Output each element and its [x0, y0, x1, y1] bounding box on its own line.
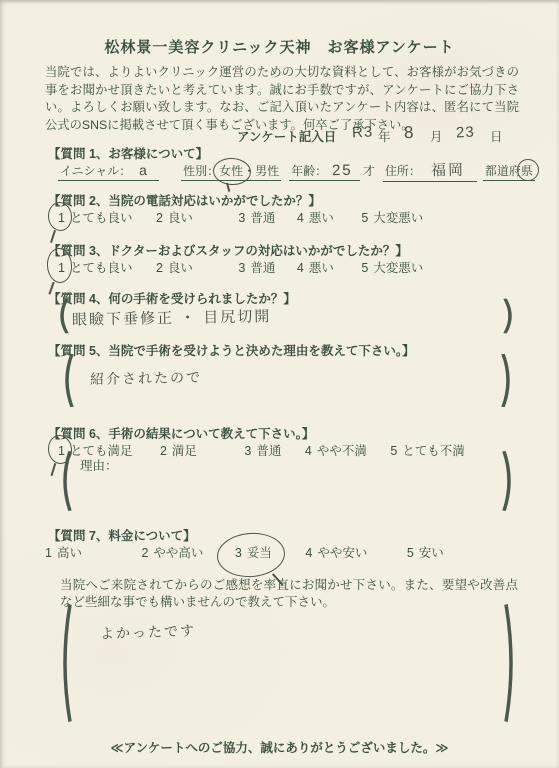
- q1-address-label: 住所：: [385, 164, 421, 178]
- q1-address-field: 住所：福岡: [383, 159, 477, 182]
- date-month-unit: 月: [430, 127, 443, 145]
- q5-answer-handwritten: 紹介されたので: [90, 367, 202, 389]
- q1-gender-label: 性別：: [183, 164, 219, 178]
- q1-prefecture-text: 都道府: [485, 164, 521, 178]
- answer-bracket-right-icon: [503, 298, 517, 334]
- q1-gender-separator: ・: [243, 164, 255, 178]
- q1-initial-field: イニシャル：a: [58, 162, 159, 181]
- q1-age-label: 年齢：: [291, 164, 327, 178]
- q7-option-1: 1高い: [45, 543, 82, 561]
- page-title: 松林景一美容クリニック天神 お客様アンケート: [0, 36, 559, 57]
- q2-options-row: 1とても良い 2良い 3普通 4悪い 5大変悪い: [58, 208, 423, 226]
- survey-page: 松林景一美容クリニック天神 お客様アンケート 当院では、よりよいクリニック運営の…: [0, 0, 559, 768]
- answer-bracket-right-icon: [504, 602, 518, 724]
- q7-option-4: 4やや安い: [305, 543, 367, 561]
- q7-option-2: 2やや高い: [141, 543, 203, 561]
- answer-bracket-right-icon: [502, 450, 516, 512]
- q1-gender-male-option: 男性: [255, 164, 279, 178]
- q7-options-row: 1高い 2やや高い 3妥当 4やや安い 5安い: [45, 543, 444, 561]
- date-year-unit: 年: [378, 127, 391, 145]
- q7-header: 【質問 7、料金について】: [48, 526, 196, 544]
- q1-prefecture-ken: 県: [521, 162, 533, 179]
- q2-header: 【質問 2、当院の電話対応はいかがでしたか？】: [48, 191, 321, 209]
- q2-option-5: 5大変悪い: [361, 208, 423, 226]
- answer-bracket-left-icon: [58, 602, 72, 724]
- q7-option-3: 3妥当: [235, 543, 272, 561]
- answer-bracket-left-icon: [58, 450, 72, 512]
- answer-bracket-left-icon: [60, 353, 74, 408]
- footer-thanks: ≪アンケートへのご協力、誠にありがとうございました。≫: [0, 738, 559, 756]
- comments-handwritten: よかったです: [100, 620, 197, 643]
- date-label: アンケート記入日: [237, 127, 336, 145]
- q1-age-handwritten: 25: [327, 162, 358, 180]
- q3-option-2: 2良い: [156, 258, 193, 276]
- q4-answer-handwritten: 眼瞼下垂修正 ・ 目尻切開: [72, 305, 272, 329]
- q1-age-unit: 才: [363, 164, 375, 178]
- q6-reason-label: 理由：: [80, 456, 118, 474]
- q1-gender-field: 性別：女性・男性: [181, 162, 281, 181]
- intro-paragraph: 当院では、よりよいクリニック運営のための大切な資料として、お客様がお気づきの事を…: [45, 64, 519, 134]
- q2-option-2: 2良い: [156, 208, 193, 226]
- q2-option-3: 3普通: [238, 208, 275, 226]
- date-day-unit: 日: [490, 127, 503, 145]
- q1-prefecture-suffix: 都道府県: [483, 162, 535, 181]
- q3-header: 【質問 3、ドクターおよびスタッフの対応はいかがでしたか？】: [48, 241, 408, 259]
- answer-bracket-right-icon: [501, 353, 515, 408]
- date-month-handwritten: 8: [403, 123, 415, 144]
- q3-option-3: 3普通: [238, 258, 275, 276]
- q1-initial-label: イニシャル：: [60, 164, 131, 178]
- comments-answer-box: [58, 602, 518, 724]
- q1-answer-row: イニシャル：a性別：女性・男性年齢：25才住所：福岡都道府県: [58, 159, 535, 182]
- q2-option-1: 1とても良い: [58, 208, 132, 226]
- q3-option-4: 4悪い: [297, 258, 334, 276]
- q6-header: 【質問 6、手術の結果について教えて下さい。】: [48, 424, 314, 442]
- q6-reason-box: [58, 450, 516, 512]
- q3-option-5: 5大変悪い: [361, 258, 423, 276]
- q2-option-4: 4悪い: [297, 208, 334, 226]
- q1-initial-handwritten: a: [131, 162, 157, 178]
- q3-options-row: 1とても良い 2良い 3普通 4悪い 5大変悪い: [58, 258, 423, 276]
- q3-option-1: 1とても良い: [58, 258, 132, 276]
- date-year-handwritten: R3: [352, 123, 374, 141]
- answer-bracket-left-icon: [55, 298, 69, 334]
- q1-address-handwritten: 福岡: [421, 159, 475, 181]
- q7-option-5: 5安い: [407, 543, 444, 561]
- date-day-handwritten: 23: [456, 124, 476, 142]
- q1-age-field: 年齢：25: [289, 162, 360, 181]
- q1-gender-female-option: 女性: [219, 162, 243, 179]
